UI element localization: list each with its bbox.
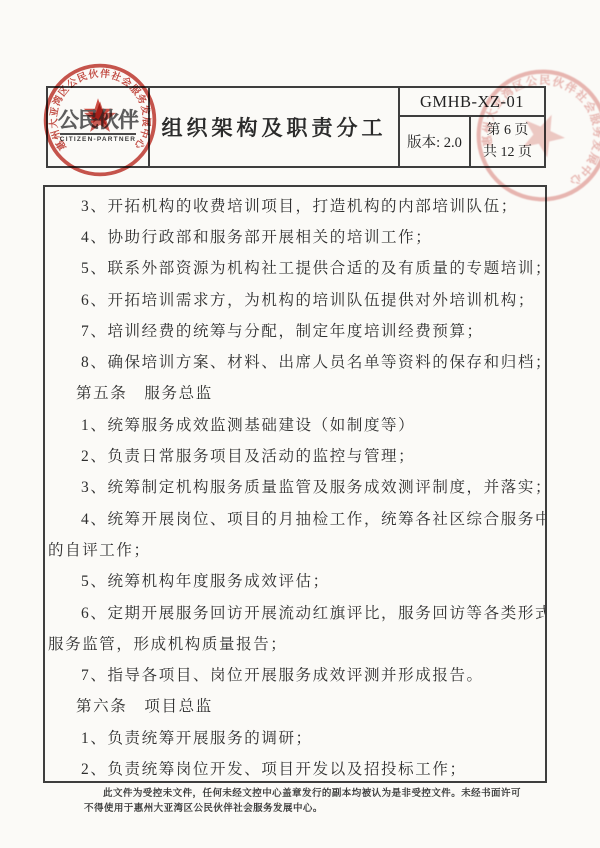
content-line: 1、负责统筹开展服务的调研； [45,721,545,752]
content-line: 4、统筹开展岗位、项目的月抽检工作，统筹各社区综合服务中心 [45,502,545,533]
content-line: 2、负责日常服务项目及活动的监控与管理； [45,439,545,470]
content-line: 的自评工作； [45,533,545,564]
doc-info-cell: GMHB-XZ-01 版本: 2.0 第 6 页 共 12 页 [400,88,544,166]
content-line: 8、确保培训方案、材料、出席人员名单等资料的保存和归档； [45,345,545,376]
content-line: 3、统筹制定机构服务质量监管及服务成效测评制度，并落实； [45,471,545,502]
content-line: 1、统筹服务成效监测基础建设（如制度等） [45,408,545,439]
page-indicator: 第 6 页 共 12 页 [471,117,544,166]
content-line: 6、开拓培训需求方，为机构的培训队伍提供对外培训机构； [45,283,545,314]
logo-cell: 公民伙伴 CITIZEN-PARTNER [48,88,150,166]
document-header-table: 公民伙伴 CITIZEN-PARTNER 组织架构及职责分工 GMHB-XZ-0… [46,86,546,168]
content-line: 2、负责统筹岗位开发、项目开发以及招投标工作； [45,752,545,783]
control-notice: 此文件为受控未文件，任何未经文控中心盖章发行的副本均被认为是非受控文件。未经书面… [84,787,530,817]
logo-name: 公民伙伴 [58,110,138,131]
content-line: 3、开拓机构的收费培训项目，打造机构的内部培训队伍； [45,189,545,220]
document-title: 组织架构及职责分工 [162,112,387,142]
document-code: GMHB-XZ-01 [400,88,544,117]
document-version: 版本: 2.0 [400,117,471,166]
logo-underline [60,133,136,135]
scanned-document-page: { "header": { "logo": { "name": "公民伙伴", … [0,0,600,848]
title-cell: 组织架构及职责分工 [150,88,400,166]
content-line: 5、联系外部资源为机构社工提供合适的及有质量的专题培训； [45,252,545,283]
content-line: 7、培训经费的统筹与分配，制定年度培训经费预算； [45,314,545,345]
citizen-partner-logo: 公民伙伴 CITIZEN-PARTNER [58,110,138,144]
content-line: 4、协助行政部和服务部开展相关的培训工作； [45,220,545,251]
content-line: 5、统筹机构年度服务成效评估； [45,565,545,596]
page-total: 共 12 页 [483,142,532,164]
document-body: 3、开拓机构的收费培训项目，打造机构的内部培训队伍； 4、协助行政部和服务部开展… [43,185,547,783]
content-line: 6、定期开展服务回访开展流动红旗评比，服务回访等各类形式的 [45,596,545,627]
content-line: 第五条 服务总监 [45,377,545,408]
page-current: 第 6 页 [487,120,529,142]
logo-subtitle: CITIZEN-PARTNER [58,137,138,144]
content-line: 7、指导各项目、岗位开展服务成效评测并形成报告。 [45,658,545,689]
content-line: 第六条 项目总监 [45,690,545,721]
content-line: 服务监管，形成机构质量报告； [45,627,545,658]
